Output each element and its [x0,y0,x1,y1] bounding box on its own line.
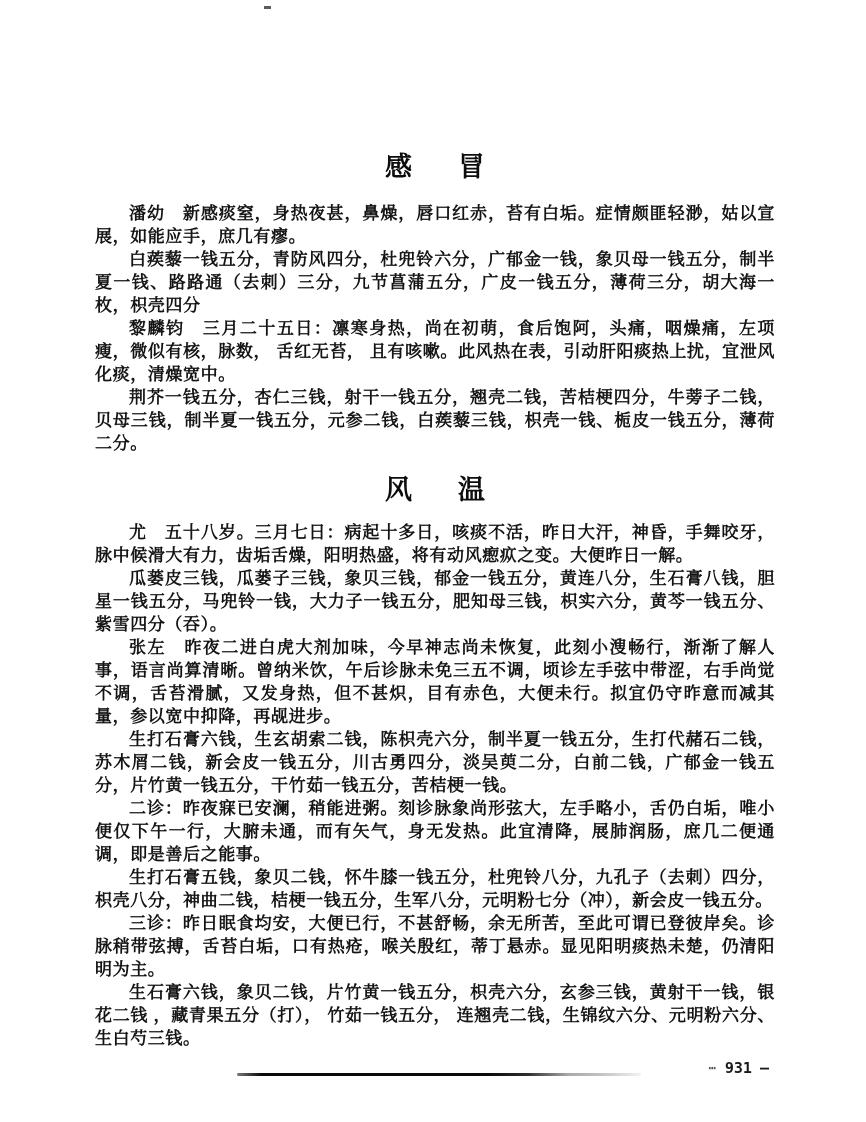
case-paragraph: 张左 昨夜二进白虎大剂加味，今早神志尚未恢复，此刻小溲畅行，渐渐了解人事，语言尚… [95,636,775,728]
prescription-paragraph: 瓜蒌皮三钱，瓜蒌子三钱，象贝三钱，郁金一钱五分，黄连八分，生石膏八钱，胆星一钱五… [95,567,775,636]
scan-artifact-dot [264,6,271,9]
page-number-right-dash: — [760,1059,769,1077]
page-number-value: 931 [725,1059,752,1077]
book-page: 感冒 潘幼 新感痰窒，身热夜甚，鼻燥，唇口红赤，苔有白垢。症情颇匪轻渺，姑以宣展… [0,0,866,1122]
case-paragraph: 二诊：昨夜寐已安澜，稍能进粥。刻诊脉象尚形弦大，左手略小，舌仍白垢，唯小便仅下午… [95,797,775,866]
page-number-left-dash: ⋯ [709,1061,717,1075]
prescription-paragraph: 生打石膏六钱，生玄胡索二钱，陈枳壳六分，制半夏一钱五分，生打代赭石二钱，苏木屑二… [95,728,775,797]
prescription-paragraph: 生石膏六钱，象贝二钱，片竹黄一钱五分，枳壳六分，玄参三钱，黄射干一钱，银花二钱 … [95,981,775,1050]
prescription-paragraph: 荆芥一钱五分，杏仁三钱，射干一钱五分，翘壳二钱，苦桔梗四分，牛蒡子二钱，贝母三钱… [95,386,775,455]
prescription-paragraph: 白蒺藜一钱五分，青防风四分，杜兜铃六分，广郁金一钱，象贝母一钱五分，制半夏一钱、… [95,248,775,317]
section-title-fengwen: 风温 [95,475,775,505]
case-paragraph: 黎麟钧 三月二十五日：凛寒身热，尚在初萌，食后饱阿，头痛，咽燥痛，左项瘦，微似有… [95,317,775,386]
case-paragraph: 潘幼 新感痰窒，身热夜甚，鼻燥，唇口红赤，苔有白垢。症情颇匪轻渺，姑以宣展，如能… [95,202,775,248]
case-paragraph: 三诊：昨日眠食均安，大便已行，不甚舒畅，余无所苦，至此可谓已登彼岸矣。诊脉稍带弦… [95,912,775,981]
scan-artifact-line [237,1073,641,1076]
case-paragraph: 尤 五十八岁。三月七日：病起十多日，咳痰不活，昨日大汗，神昏，手舞咬牙，脉中候滑… [95,521,775,567]
section-title-ganmao: 感冒 [95,152,775,182]
prescription-paragraph: 生打石膏五钱，象贝二钱，怀牛膝一钱五分，杜兜铃八分，九孔子（去刺）四分，枳壳八分… [95,866,775,912]
